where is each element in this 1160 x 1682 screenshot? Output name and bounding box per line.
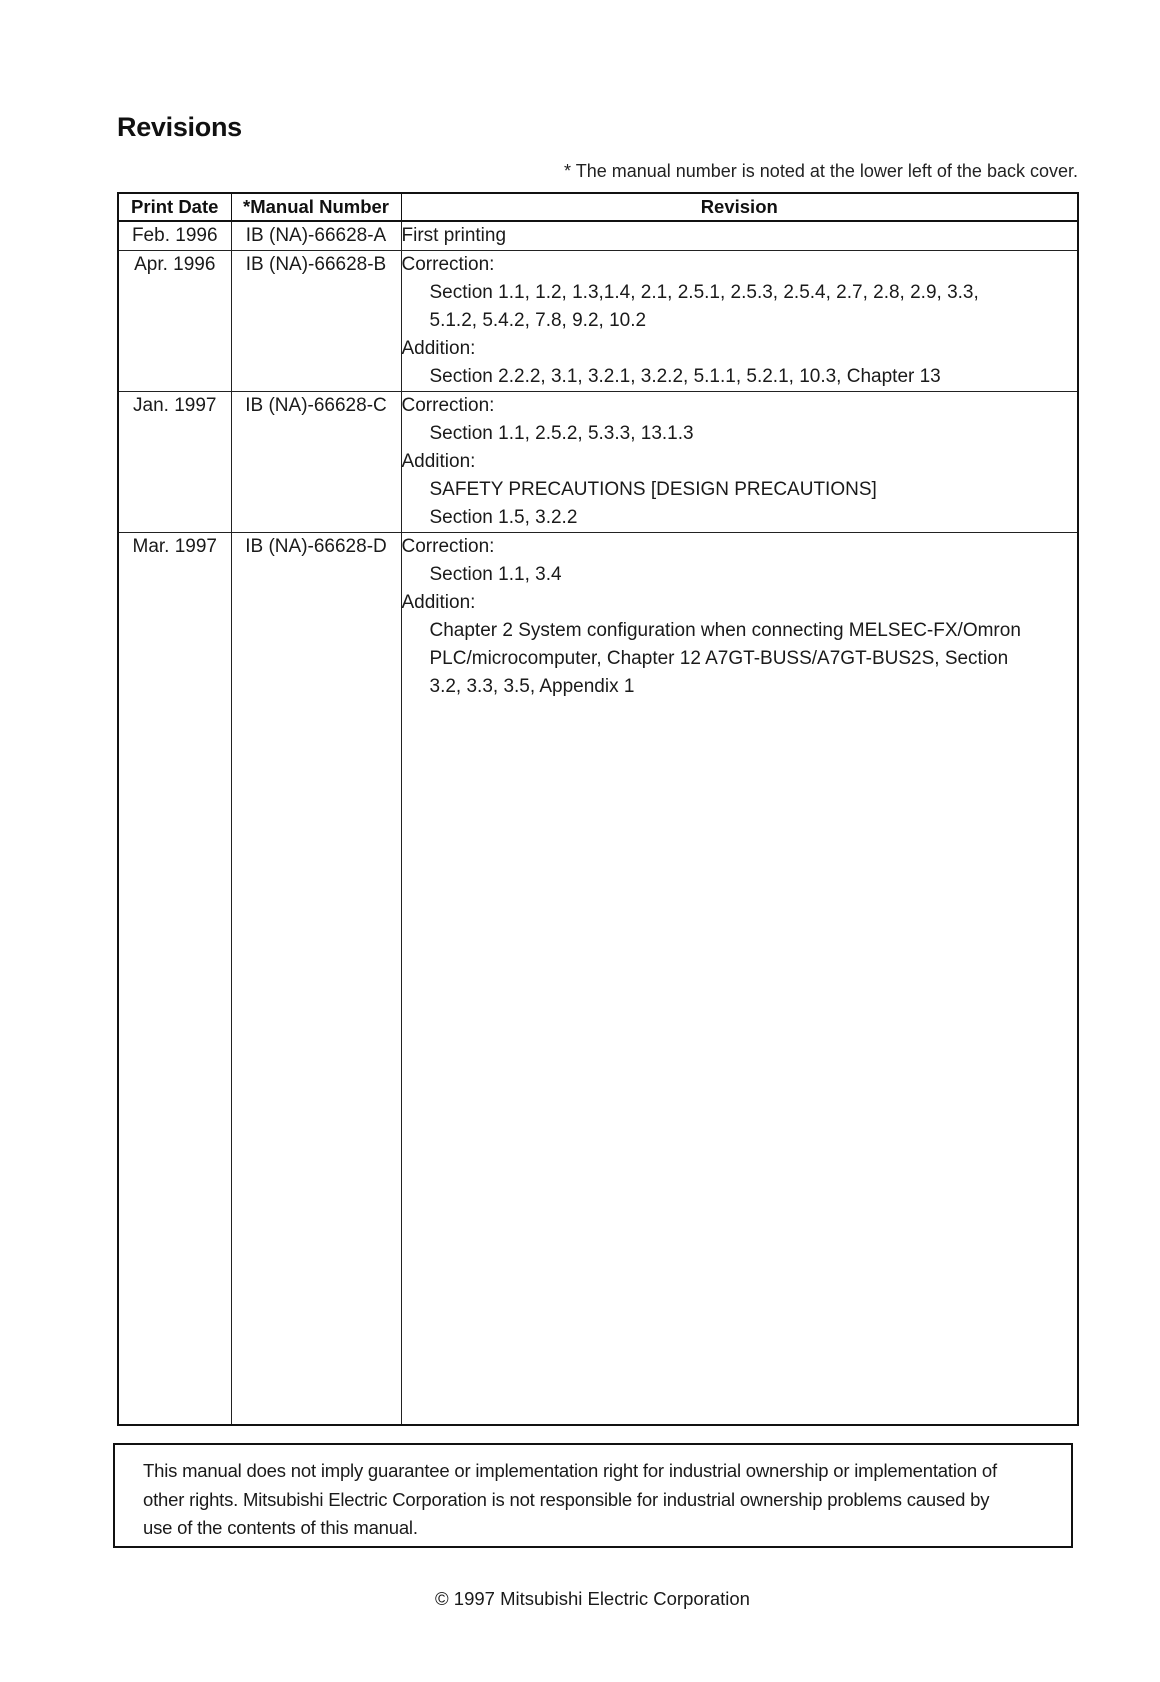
cell-revision: Correction:Section 1.1, 1.2, 1.3,1.4, 2.…: [401, 251, 1078, 392]
revision-heading-line: Correction:: [402, 251, 1078, 279]
cell-print-date: Apr. 1996: [118, 251, 231, 392]
manual-number-text: IB (NA)-66628-A: [232, 222, 401, 250]
revision-detail-line: Section 1.1, 1.2, 1.3,1.4, 2.1, 2.5.1, 2…: [402, 279, 1078, 307]
disclaimer-box: This manual does not imply guarantee or …: [113, 1443, 1073, 1548]
cell-manual-number: IB (NA)-66628-B: [231, 251, 401, 392]
header-revision: Revision: [401, 193, 1078, 221]
manual-number-text: IB (NA)-66628-C: [232, 392, 401, 420]
print-date-text: Mar. 1997: [119, 533, 231, 561]
cell-revision: Correction:Section 1.1, 3.4Addition:Chap…: [401, 533, 1078, 1426]
cell-manual-number: IB (NA)-66628-D: [231, 533, 401, 1426]
disclaimer-line: This manual does not imply guarantee or …: [143, 1457, 1045, 1486]
revisions-table: Print Date *Manual Number Revision Feb. …: [117, 192, 1079, 1426]
revision-detail-line: PLC/microcomputer, Chapter 12 A7GT-BUSS/…: [402, 645, 1078, 673]
revision-heading-line: Correction:: [402, 533, 1078, 561]
print-date-text: Apr. 1996: [119, 251, 231, 279]
revision-detail-line: 3.2, 3.3, 3.5, Appendix 1: [402, 673, 1078, 701]
print-date-text: Feb. 1996: [119, 222, 231, 250]
table-header-row: Print Date *Manual Number Revision: [118, 193, 1078, 221]
manual-number-text: IB (NA)-66628-B: [232, 251, 401, 279]
cell-revision: First printing: [401, 221, 1078, 251]
revision-heading-line: Addition:: [402, 589, 1078, 617]
manual-number-text: IB (NA)-66628-D: [232, 533, 401, 561]
header-manual-number: *Manual Number: [231, 193, 401, 221]
revision-detail-line: 5.1.2, 5.4.2, 7.8, 9.2, 10.2: [402, 307, 1078, 335]
disclaimer-line: use of the contents of this manual.: [143, 1514, 1045, 1543]
revision-detail-line: Section 1.5, 3.2.2: [402, 504, 1078, 532]
cell-manual-number: IB (NA)-66628-A: [231, 221, 401, 251]
disclaimer-line: other rights. Mitsubishi Electric Corpor…: [143, 1486, 1045, 1515]
table-row: Apr. 1996IB (NA)-66628-BCorrection:Secti…: [118, 251, 1078, 392]
print-date-text: Jan. 1997: [119, 392, 231, 420]
cell-print-date: Jan. 1997: [118, 392, 231, 533]
page-title: Revisions: [117, 112, 242, 143]
cell-revision: Correction:Section 1.1, 2.5.2, 5.3.3, 13…: [401, 392, 1078, 533]
table-row: Jan. 1997IB (NA)-66628-CCorrection:Secti…: [118, 392, 1078, 533]
table-row: Feb. 1996IB (NA)-66628-AFirst printing: [118, 221, 1078, 251]
cell-manual-number: IB (NA)-66628-C: [231, 392, 401, 533]
revision-detail-line: Chapter 2 System configuration when conn…: [402, 617, 1078, 645]
cell-print-date: Feb. 1996: [118, 221, 231, 251]
header-print-date: Print Date: [118, 193, 231, 221]
revision-detail-line: Section 1.1, 3.4: [402, 561, 1078, 589]
table-row: Mar. 1997IB (NA)-66628-DCorrection:Secti…: [118, 533, 1078, 1426]
revision-heading-line: Correction:: [402, 392, 1078, 420]
revision-heading-line: Addition:: [402, 448, 1078, 476]
copyright-notice: © 1997 Mitsubishi Electric Corporation: [0, 1588, 1160, 1610]
revision-heading-line: Addition:: [402, 335, 1078, 363]
revision-detail-line: SAFETY PRECAUTIONS [DESIGN PRECAUTIONS]: [402, 476, 1078, 504]
revision-heading-line: First printing: [402, 222, 1078, 250]
cell-print-date: Mar. 1997: [118, 533, 231, 1426]
revision-detail-line: Section 1.1, 2.5.2, 5.3.3, 13.1.3: [402, 420, 1078, 448]
manual-number-note: * The manual number is noted at the lowe…: [564, 161, 1078, 182]
revision-detail-line: Section 2.2.2, 3.1, 3.2.1, 3.2.2, 5.1.1,…: [402, 363, 1078, 391]
